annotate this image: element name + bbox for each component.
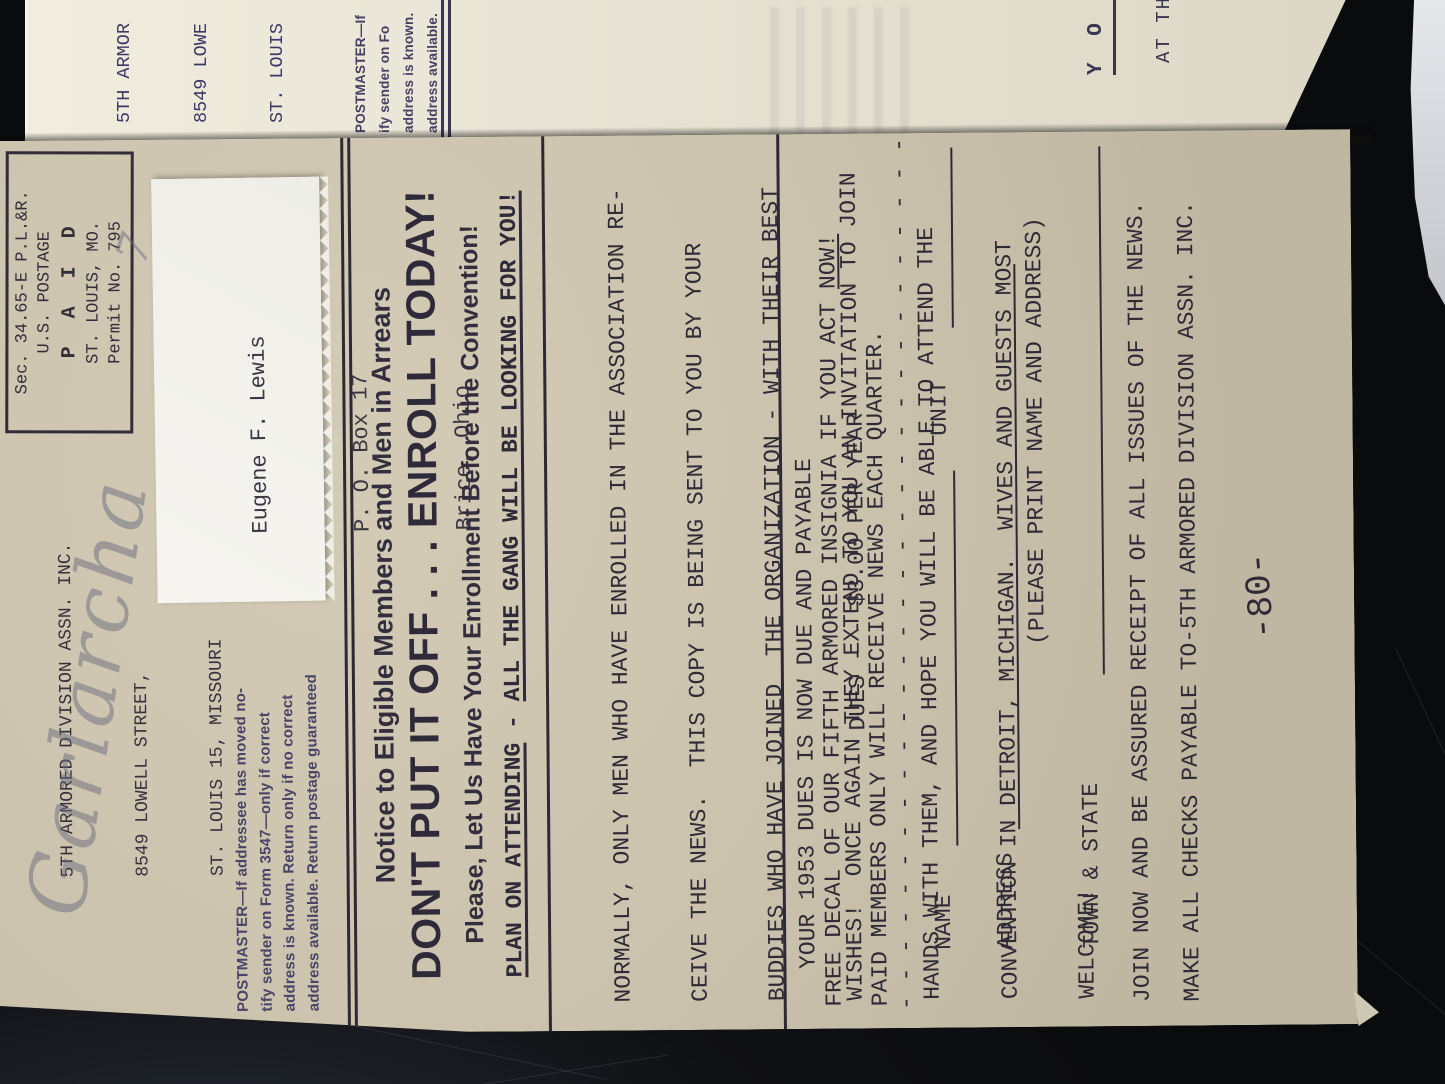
act-now-text: NOW! — [815, 234, 841, 289]
sub-headline: Please, Let Us Have Your Enrollment Befo… — [454, 137, 491, 1032]
postmaster-line: address is known. Return only if no corr… — [276, 674, 302, 1011]
body-line: NORMALLY, ONLY MEN WHO HAVE ENROLLED IN … — [604, 174, 637, 1002]
mailing-label: Eugene F. Lewis P. O. Box 17 Brice, Ohio — [151, 177, 326, 604]
adjacent-heading-at-the: AT TH — [1153, 0, 1175, 63]
permit-postage-line: U.S. POSTAGE — [36, 231, 55, 353]
postmaster-line: POSTMASTER—If addressee has moved no- — [229, 675, 255, 1012]
permit-city-line: ST. LOUIS, MO. — [84, 221, 103, 364]
permit-paid-line: P A I D — [58, 218, 81, 366]
address-field-label: ADDRESS — [992, 852, 1019, 949]
plan-on-attending-line: PLAN ON ATTENDING - ALL THE GANG WILL BE… — [495, 136, 529, 1031]
plan-gang-text: ALL THE GANG WILL BE LOOKING FOR YOU! — [496, 191, 526, 702]
enrollment-postcard: 5TH ARMORED DIVISION ASSN. INC. 8549 LOW… — [0, 129, 1358, 1036]
single-rule — [541, 131, 552, 1036]
postmaster-notice: POSTMASTER—If addressee has moved no- ti… — [229, 674, 326, 1012]
main-headline: DON'T PUT IT OFF . . . ENROLL TODAY! — [396, 137, 451, 1032]
address-line: 5TH ARMOR — [112, 23, 138, 123]
plan-attending-text: PLAN ON ATTENDING — [500, 743, 528, 978]
photo-canvas: 5TH ARMOR 8549 LOWE ST. LOUIS POSTMASTER… — [0, 0, 1445, 1084]
body-line: BUDDIES WHO HAVE JOINED THE ORGANIZATION… — [759, 173, 792, 1001]
postmaster-line: ify sender on Fo — [373, 13, 397, 133]
checks-payable-line: MAKE ALL CHECKS PAYABLE TO-5TH ARMORED D… — [1173, 201, 1206, 1002]
recipient-name: Eugene F. Lewis — [242, 335, 279, 534]
double-rule — [441, 0, 451, 147]
adjacent-postmaster-notice: POSTMASTER—If ify sender on Fo address i… — [349, 13, 445, 133]
body-line: CEIVE THE NEWS. THIS COPY IS BEING SENT … — [681, 174, 714, 1002]
scratch-line — [1394, 646, 1445, 755]
address-line: 8549 LOWE — [189, 23, 215, 123]
town-state-field-label: TOWN & STATE — [1078, 783, 1105, 949]
unit-field-label: UNIT — [926, 380, 952, 435]
postmaster-line: address is known. — [397, 13, 421, 133]
permit-sec-line: Sec. 34.65-E P.L.&R. — [13, 190, 32, 394]
address-line: ST. LOUIS — [265, 23, 291, 123]
join-now-line: JOIN NOW AND BE ASSURED RECEIPT OF ALL I… — [1123, 201, 1156, 1002]
adjacent-return-address: 5TH ARMOR 8549 LOWE ST. LOUIS — [61, 23, 342, 123]
postmaster-line: address available. Return postage guaran… — [299, 674, 325, 1011]
adjacent-heading-you: Y O U — [1085, 0, 1116, 75]
print-note: (PLEASE PRINT NAME AND ADDRESS) — [1021, 217, 1051, 645]
postmaster-line: tify sender on Form 3547—only if correct — [252, 674, 278, 1011]
ink-ghosting — [759, 7, 909, 137]
background-paper-edge — [1402, 0, 1445, 318]
postmaster-line: POSTMASTER—If — [349, 13, 373, 133]
double-rule — [340, 133, 358, 1038]
scratch-line — [471, 1054, 669, 1084]
postage-permit-box: Sec. 34.65-E P.L.&R. U.S. POSTAGE P A I … — [5, 151, 133, 433]
page-number: -80- — [1237, 551, 1285, 640]
name-field-label: NAME — [931, 894, 957, 949]
mailing-label-text: Eugene F. Lewis P. O. Box 17 Brice, Ohio — [174, 331, 551, 535]
plan-separator: - — [500, 701, 526, 743]
